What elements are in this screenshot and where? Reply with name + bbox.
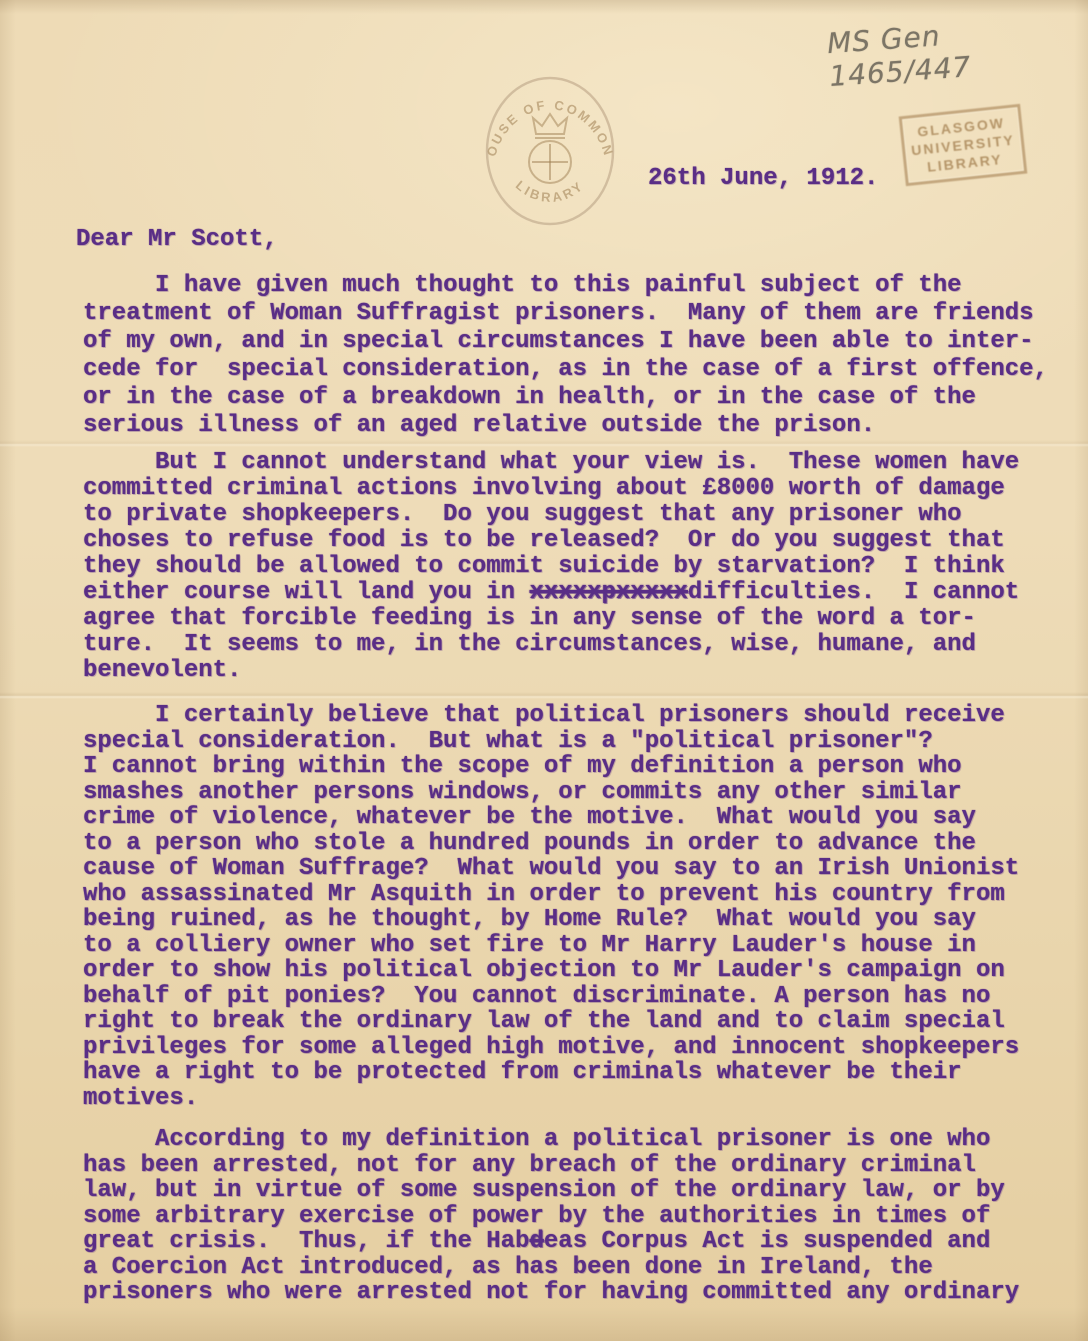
paper-edge-shading-top	[0, 0, 1088, 14]
paper-edge-shading-bottom	[0, 1307, 1088, 1341]
paper-fold-crease	[0, 692, 1088, 699]
letter-paragraph-3: I certainly believe that political priso…	[83, 703, 1073, 1111]
svg-text:LIBRARY: LIBRARY	[513, 178, 587, 205]
pencil-catalog-annotation: MS Gen 1465/447	[826, 9, 1088, 93]
scanned-letter-page: MS Gen 1465/447 HOUSE OF COMMONS LIBRARY…	[0, 0, 1088, 1341]
svg-text:HOUSE OF COMMONS: HOUSE OF COMMONS	[472, 70, 617, 159]
letter-date: 26th June, 1912.	[648, 165, 878, 193]
paper-edge-shading-right	[1074, 0, 1088, 1341]
glasgow-university-library-stamp: GLASGOW UNIVERSITY LIBRARY	[899, 104, 1028, 186]
letter-salutation: Dear Mr Scott,	[76, 226, 278, 254]
letter-paragraph-1: I have given much thought to this painfu…	[83, 272, 1073, 440]
paper-edge-shading-left	[0, 0, 16, 1341]
letter-paragraph-4: According to my definition a political p…	[83, 1127, 1073, 1306]
house-of-commons-embossed-stamp-icon: HOUSE OF COMMONS LIBRARY	[472, 70, 628, 232]
letter-paragraph-2: But I cannot understand what your view i…	[83, 450, 1073, 684]
overtyped-strikeout-text: xxxxxpxxxxx	[529, 579, 687, 606]
paper-fold-crease	[0, 440, 1088, 447]
crown-icon	[529, 114, 571, 183]
overtyped-strikeout-letter: d	[529, 1228, 543, 1255]
